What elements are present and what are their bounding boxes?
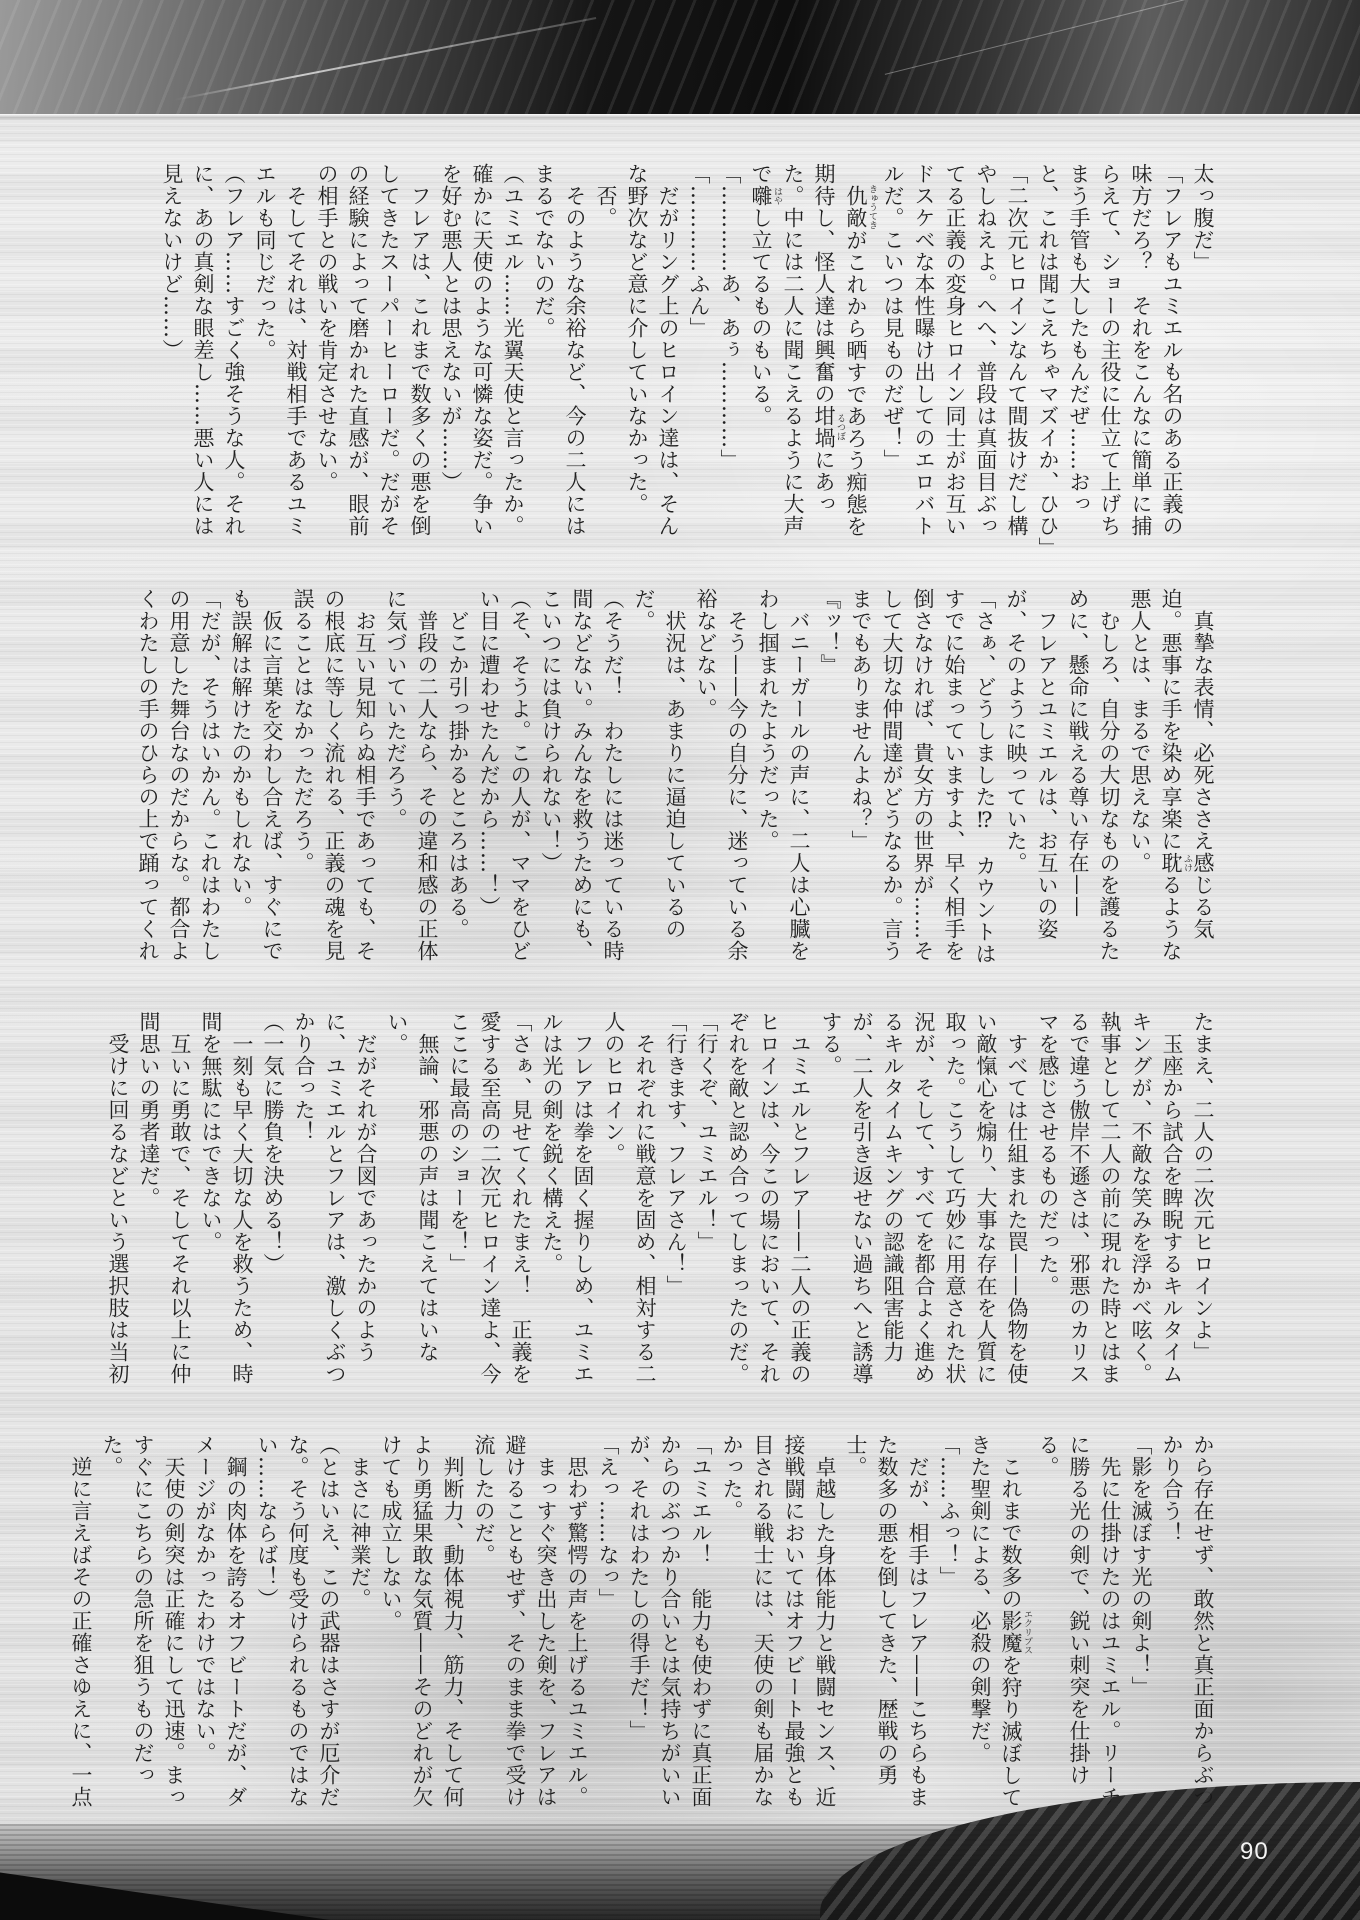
paragraph: （とはいえ、この武器はさすが厄介だな。そう何度も受けられるものではない……ならば… — [251, 1434, 344, 1828]
paragraph: たまえ、二人の二次元ヒロインよ」 — [1187, 1011, 1218, 1405]
paragraph: 状況は、あまりに逼迫しているのだ。 — [628, 588, 690, 982]
paragraph: 天使の剣突は正確にして迅速。まっすぐにこちらの急所を狙うものだった。 — [96, 1434, 189, 1828]
paragraph: 「影を滅ぼす光の剣よ！」 — [1125, 1434, 1156, 1828]
paragraph: フレアとユミエルは、お互いの姿が、そのように映っていた。 — [1000, 588, 1062, 982]
paragraph: むしろ、自分の大切なものを護るために、懸命に戦える尊い存在—— — [1062, 588, 1124, 982]
furigana-ruby: 坩堝るつぼ — [812, 405, 836, 449]
text-band-1: 太っ腹だ」「フレアもユミエルも名のある正義の味方だろ？ それをこんなに簡単に捕ら… — [138, 163, 1218, 557]
scratch-line — [174, 17, 596, 101]
paragraph: だがそれが合図であったかのように、ユミエルとフレアは、激しくぶつかり合った！ — [288, 1011, 381, 1405]
paragraph: 仮に言葉を交わし合えば、すぐにでも誤解は解けたのかもしれない。 — [225, 588, 287, 982]
paragraph: 「行きます、フレアさん！」 — [660, 1011, 691, 1405]
paragraph: 「…………あ、あぅ…………」 — [714, 163, 745, 557]
paragraph: 「さぁ、どうしました⁉ カウントはすでに始まっていますよ、早く相手を倒さなければ… — [845, 588, 1000, 982]
furigana-ruby: 影魔エクリプス — [999, 1610, 1023, 1655]
paragraph: どこか引っ掛かるところはある。 — [442, 588, 473, 982]
paragraph: 先に仕掛けたのはユミエル。リーチに勝る光の剣で、鋭い刺突を仕掛ける。 — [1032, 1434, 1125, 1828]
text-band-4: から存在せず、敢然と真正面からぶつかり合う！「影を滅ぼす光の剣よ！」 先に仕掛け… — [138, 1434, 1218, 1828]
paragraph: 『ッ！』 — [814, 588, 845, 982]
paragraph: 逆に言えばその正確さゆえに、一点 — [65, 1434, 96, 1828]
paragraph: そしてそれは、対戦相手であるユミエルも同じだった。 — [249, 163, 311, 557]
paragraph: 「フレアもユミエルも名のある正義の味方だろ？ それをこんなに簡単に捕らえて、ショ… — [1032, 163, 1187, 557]
paragraph: （ユミエル……光翼天使と言ったか。確かに天使のような可憐な姿だ。争いを好む悪人と… — [435, 163, 528, 557]
paragraph: ユミエルとフレア——二人の正義のヒロインは、今この場において、それぞれを敵と認め… — [722, 1011, 815, 1405]
paragraph: 玉座から試合を睥睨するキルタイムキングが、不敵な笑みを浮かべ呟く。執事として二人… — [1032, 1011, 1187, 1405]
paragraph: 仇敵きゅうてきがこれから晒すであろう痴態を期待し、怪人達は興奮の坩堝るつぼにあっ… — [745, 163, 877, 557]
scratch-line — [885, 0, 1205, 75]
paragraph: 否。 — [590, 163, 621, 557]
text-band-2: 真摯な表情、必死ささえ感じる気迫。悪事に手を染め享楽に耽ふけるような悪人とは、ま… — [138, 588, 1218, 982]
furigana-ruby: 耽ふけ — [1159, 852, 1183, 874]
paragraph: 「さぁ、見せてくれたまえ！ 正義を愛する至高の二次元ヒロイン達よ、今ここに最高の… — [443, 1011, 536, 1405]
furigana-ruby: 仇敵きゅうてき — [844, 185, 868, 230]
paragraph: 鋼の肉体を誇るオフビートだが、ダメージがなかったわけではない。 — [189, 1434, 251, 1828]
paragraph: 真摯な表情、必死ささえ感じる気迫。悪事に手を染め享楽に耽ふけるような悪人とは、ま… — [1124, 588, 1218, 982]
book-page: 太っ腹だ」「フレアもユミエルも名のある正義の味方だろ？ それをこんなに簡単に捕ら… — [0, 0, 1360, 1920]
paragraph: から存在せず、敢然と真正面からぶつかり合う！ — [1156, 1434, 1218, 1828]
paragraph: 無論、邪悪の声は聞こえてはいない。 — [381, 1011, 443, 1405]
paragraph: 受けに回るなどという選択肢は当初 — [102, 1011, 133, 1405]
paragraph: 卓越した身体能力と戦闘センス、近接戦闘においてはオフビート最強とも目される戦士に… — [716, 1434, 840, 1828]
paragraph: フレアは拳を固く握りしめ、ユミエルは光の剣を鋭く構えた。 — [536, 1011, 598, 1405]
paragraph: すべては仕組まれた罠——偽物を使い敵愾心を煽り、大事な存在を人質に取った。こうし… — [815, 1011, 1032, 1405]
paragraph: バニーガールの声に、二人は心臓をわし掴まれたようだった。 — [752, 588, 814, 982]
paragraph: まさに神業だ。 — [344, 1434, 375, 1828]
paragraph: 「ユミエル！ 能力も使わずに真正面からのぶつかり合いとは気持ちがいいが、それはわ… — [623, 1434, 716, 1828]
paragraph: 「だが、そうはいかん。これはわたしの用意した舞台なのだからな。都合よくわたしの手… — [132, 588, 225, 982]
paragraph: それぞれに戦意を固め、相対する二人のヒロイン。 — [598, 1011, 660, 1405]
paragraph: 「…………ふん」 — [683, 163, 714, 557]
paragraph: 太っ腹だ」 — [1187, 163, 1218, 557]
paragraph: （一気に勝負を決める！） — [257, 1011, 288, 1405]
paragraph: 「二次元ヒロインなんて間抜けだし構やしねえよ。へへ、普段は真面目ぶってる正義の変… — [877, 163, 1032, 557]
paragraph: 一刻も早く大切な人を救うため、時間を無駄にはできない。 — [195, 1011, 257, 1405]
furigana-ruby: 囃はや — [749, 185, 773, 207]
corner-shadow-wedge — [0, 1862, 330, 1920]
paragraph: 普段の二人なら、その違和感の正体に気づいていただろう。 — [380, 588, 442, 982]
paragraph: フレアは、これまで数多くの悪を倒してきたスーパーヒーローだ。だがその経験によって… — [311, 163, 435, 557]
paragraph: そのような余裕など、今の二人にはまるでないのだ。 — [528, 163, 590, 557]
paragraph: 判断力、動体視力、筋力、そして何より勇猛果敢な気質——そのどれが欠けても成立しな… — [375, 1434, 468, 1828]
paragraph: だがリング上のヒロイン達は、そんな野次など意に介していなかった。 — [621, 163, 683, 557]
text-band-3: たまえ、二人の二次元ヒロインよ」 玉座から試合を睥睨するキルタイムキングが、不敵… — [138, 1011, 1218, 1405]
paragraph: 「えっ……なっ」 — [592, 1434, 623, 1828]
paragraph: （そ、そうよ。この人が、ママをひどい目に遭わせたんだから……！） — [473, 588, 535, 982]
paragraph: 思わず驚愕の声を上げるユミエル。 — [561, 1434, 592, 1828]
paragraph: 互いに勇敢で、そしてそれ以上に仲間思いの勇者達だ。 — [133, 1011, 195, 1405]
paragraph: だが、相手はフレア——こちらもまた数多の悪を倒してきた、歴戦の勇士。 — [840, 1434, 933, 1828]
paragraph: 「……ふっ！」 — [933, 1434, 964, 1828]
header-photo-strip — [0, 0, 1360, 114]
paragraph: 「行くぞ、ユミエル！」 — [691, 1011, 722, 1405]
paragraph: これまで数多の影魔エクリプスを狩り滅ぼしてきた聖剣による、必殺の剣撃だ。 — [964, 1434, 1032, 1828]
paragraph: まっすぐ突き出した剣を、フレアは避けることもせず、そのまま拳で受け流したのだ。 — [468, 1434, 561, 1828]
paragraph: お互い見知らぬ相手であっても、その根底に等しく流れる、正義の魂を見誤ることはなか… — [287, 588, 380, 982]
paragraph: （フレア……すごく強そうな人。それに、あの真剣な眼差し……悪い人には見えないけど… — [156, 163, 249, 557]
paragraph: そう——今の自分に、迷っている余裕などない。 — [690, 588, 752, 982]
paragraph: （そうだ！ わたしには迷っている時間などない。みんなを救うためにも、こいつには負… — [535, 588, 628, 982]
page-number: 90 — [1240, 1838, 1269, 1866]
